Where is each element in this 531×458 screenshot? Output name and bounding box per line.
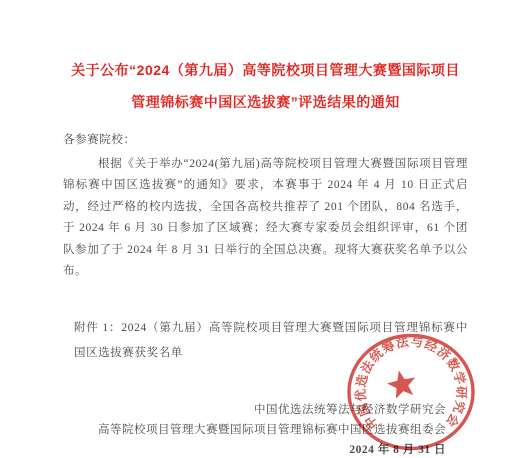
signature-org2: 高等院校项目管理大赛暨国际项目管理锦标赛中国区选拔赛组委会 — [0, 420, 446, 440]
stamp-star-icon — [385, 367, 419, 399]
attachment-note: 附件 1：2024（第九届）高等院校项目管理大赛暨国际项目管理锦标赛中国区选拔赛… — [74, 316, 468, 366]
signature-org1: 中国优选法统筹法与经济数学研究会 — [0, 400, 446, 420]
body-paragraph: 根据《关于举办“2024(第九届)高等院校项目管理大赛暨国际项目管理锦标赛中国区… — [63, 154, 468, 283]
signature-date: 2024 年 8 月 31 日 — [0, 440, 446, 458]
notice-document: 关于公布“2024（第九届）高等院校项目管理大赛暨国际项目 管理锦标赛中国区选拔… — [0, 0, 531, 458]
notice-title: 关于公布“2024（第九届）高等院校项目管理大赛暨国际项目 管理锦标赛中国区选拔… — [0, 0, 531, 118]
notice-title-line1: 关于公布“2024（第九届）高等院校项目管理大赛暨国际项目 — [0, 54, 531, 86]
signature-block: 中国优选法统筹法与经济数学研究会 高等院校项目管理大赛暨国际项目管理锦标赛中国区… — [0, 400, 531, 458]
notice-body: 各参赛院校： 根据《关于举办“2024(第九届)高等院校项目管理大赛暨国际项目管… — [63, 130, 468, 283]
salutation: 各参赛院校： — [63, 130, 468, 152]
notice-title-line2: 管理锦标赛中国区选拔赛”评选结果的通知 — [0, 86, 531, 118]
